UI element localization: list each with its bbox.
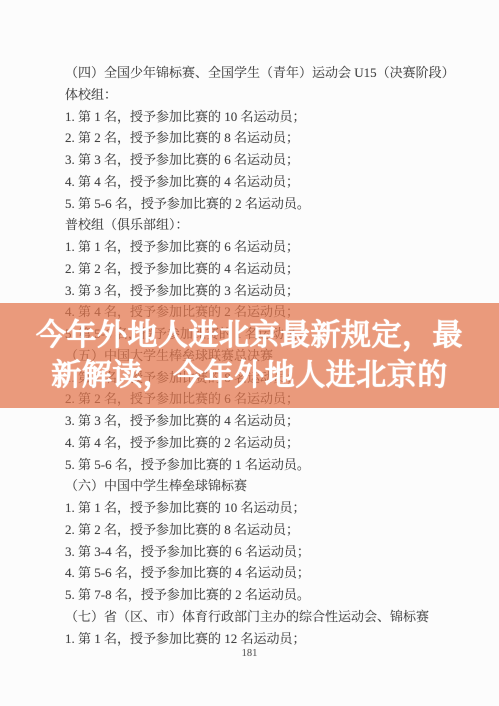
promo-banner-text: 今年外地人进北京最新规定，最 新解读，今年外地人进北京的 <box>0 303 499 408</box>
document-line: （六）中国中学生棒垒球锦标赛 <box>65 475 479 497</box>
document-page: （四）全国少年锦标赛、全国学生（青年）运动会 U15（决赛阶段）体校组：1. 第… <box>0 0 499 706</box>
document-line: 1. 第 1 名，授予参加比赛的 12 名运动员； <box>65 628 479 650</box>
document-line: 5. 第 5-6 名，授予参加比赛的 1 名运动员。 <box>65 454 479 476</box>
document-line: 3. 第 3-4 名，授予参加比赛的 6 名运动员； <box>65 541 479 563</box>
document-line: 2. 第 2 名，授予参加比赛的 8 名运动员； <box>65 127 479 149</box>
promo-banner-line-2: 新解读，今年外地人进北京的 <box>51 356 448 396</box>
document-line: （四）全国少年锦标赛、全国学生（青年）运动会 U15（决赛阶段） <box>65 62 479 84</box>
document-line: 1. 第 1 名，授予参加比赛的 10 名运动员； <box>65 497 479 519</box>
document-line: 5. 第 7-8 名，授予参加比赛的 2 名运动员。 <box>65 584 479 606</box>
document-line: 1. 第 1 名，授予参加比赛的 10 名运动员； <box>65 106 479 128</box>
document-line: （七）省（区、市）体育行政部门主办的综合性运动会、锦标赛 <box>65 606 479 628</box>
document-line: 1. 第 1 名，授予参加比赛的 6 名运动员； <box>65 236 479 258</box>
document-line: 3. 第 3 名，授予参加比赛的 6 名运动员； <box>65 149 479 171</box>
document-line: 2. 第 2 名，授予参加比赛的 8 名运动员； <box>65 519 479 541</box>
document-line: 体校组： <box>65 84 479 106</box>
document-line: 4. 第 5-6 名，授予参加比赛的 4 名运动员； <box>65 562 479 584</box>
document-line: 4. 第 4 名，授予参加比赛的 4 名运动员； <box>65 171 479 193</box>
page-number: 181 <box>0 648 499 659</box>
document-line: 2. 第 2 名，授予参加比赛的 4 名运动员； <box>65 258 479 280</box>
document-line: 3. 第 3 名，授予参加比赛的 3 名运动员； <box>65 280 479 302</box>
document-line: 普校组（俱乐部组）： <box>65 214 479 236</box>
document-line: 5. 第 5-6 名，授予参加比赛的 2 名运动员。 <box>65 193 479 215</box>
document-line: 4. 第 4 名，授予参加比赛的 2 名运动员； <box>65 432 479 454</box>
promo-banner-line-1: 今年外地人进北京最新规定，最 <box>36 316 463 356</box>
document-line: 3. 第 3 名，授予参加比赛的 4 名运动员； <box>65 410 479 432</box>
